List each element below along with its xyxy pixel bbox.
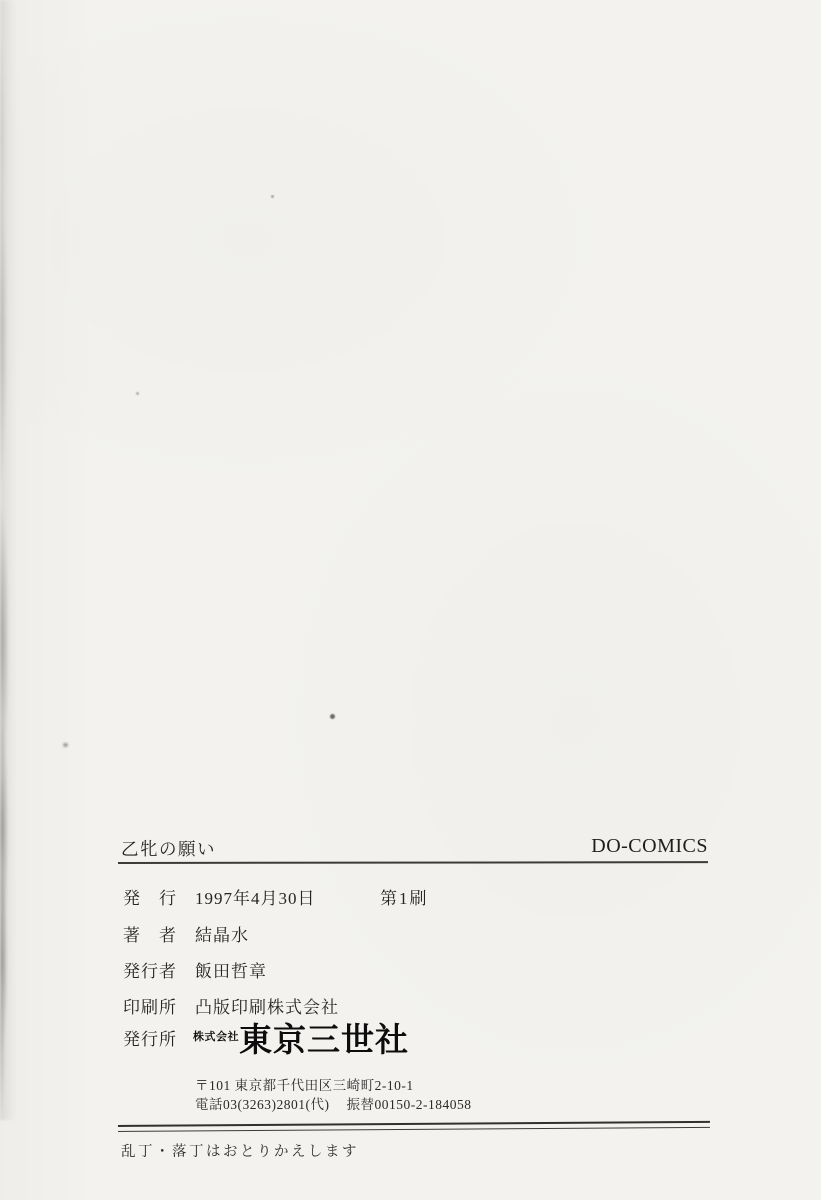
transfer-account: 振替00150-2-184058 [346, 1097, 471, 1112]
row-label: 著者 [123, 921, 176, 946]
row-label: 印刷所 [123, 993, 176, 1018]
scan-speck [271, 195, 274, 198]
author-name: 結晶水 [195, 921, 249, 946]
phone-number: 電話03(3263)2801(代) [195, 1097, 329, 1112]
publisher-address-block: 〒101 東京都千代田区三崎町2-10-1 電話03(3263)2801(代)振… [195, 1076, 471, 1114]
contact-line: 電話03(3263)2801(代)振替00150-2-184058 [195, 1095, 471, 1114]
row-label: 発行所 [123, 1025, 176, 1050]
edition-number: 第1刷 [380, 884, 429, 909]
scan-speck [63, 743, 68, 747]
publication-row-publisher: 発行所 株式会社 東京三世社 [123, 1017, 409, 1057]
brand-label: DO-COMICS [591, 835, 708, 858]
issue-date: 1997年4月30日 [195, 884, 316, 909]
scan-edge-artifact [0, 0, 20, 1120]
book-title: 乙牝の願い [121, 836, 216, 861]
defect-exchange-notice: 乱丁・落丁はおとりかえします [121, 1140, 359, 1161]
corporation-mark: 株式会社 [193, 1031, 218, 1043]
publication-row-issue: 発行 1997年4月30日 第1刷 [123, 884, 316, 909]
scan-speck [330, 714, 335, 719]
publication-row-issuer: 発行者 飯田哲章 [123, 957, 267, 982]
row-label: 発行者 [123, 957, 176, 982]
issuer-name: 飯田哲章 [195, 957, 267, 982]
publication-row-author: 著者 結晶水 [123, 921, 249, 946]
scan-speck [136, 392, 139, 395]
row-label: 発行 [123, 884, 176, 909]
postal-address: 〒101 東京都千代田区三崎町2-10-1 [195, 1076, 471, 1095]
scanned-colophon-page: 乙牝の願い DO-COMICS 発行 1997年4月30日 第1刷 著者 結晶水… [0, 0, 821, 1200]
publisher-logotype: 東京三世社 [239, 1014, 409, 1061]
